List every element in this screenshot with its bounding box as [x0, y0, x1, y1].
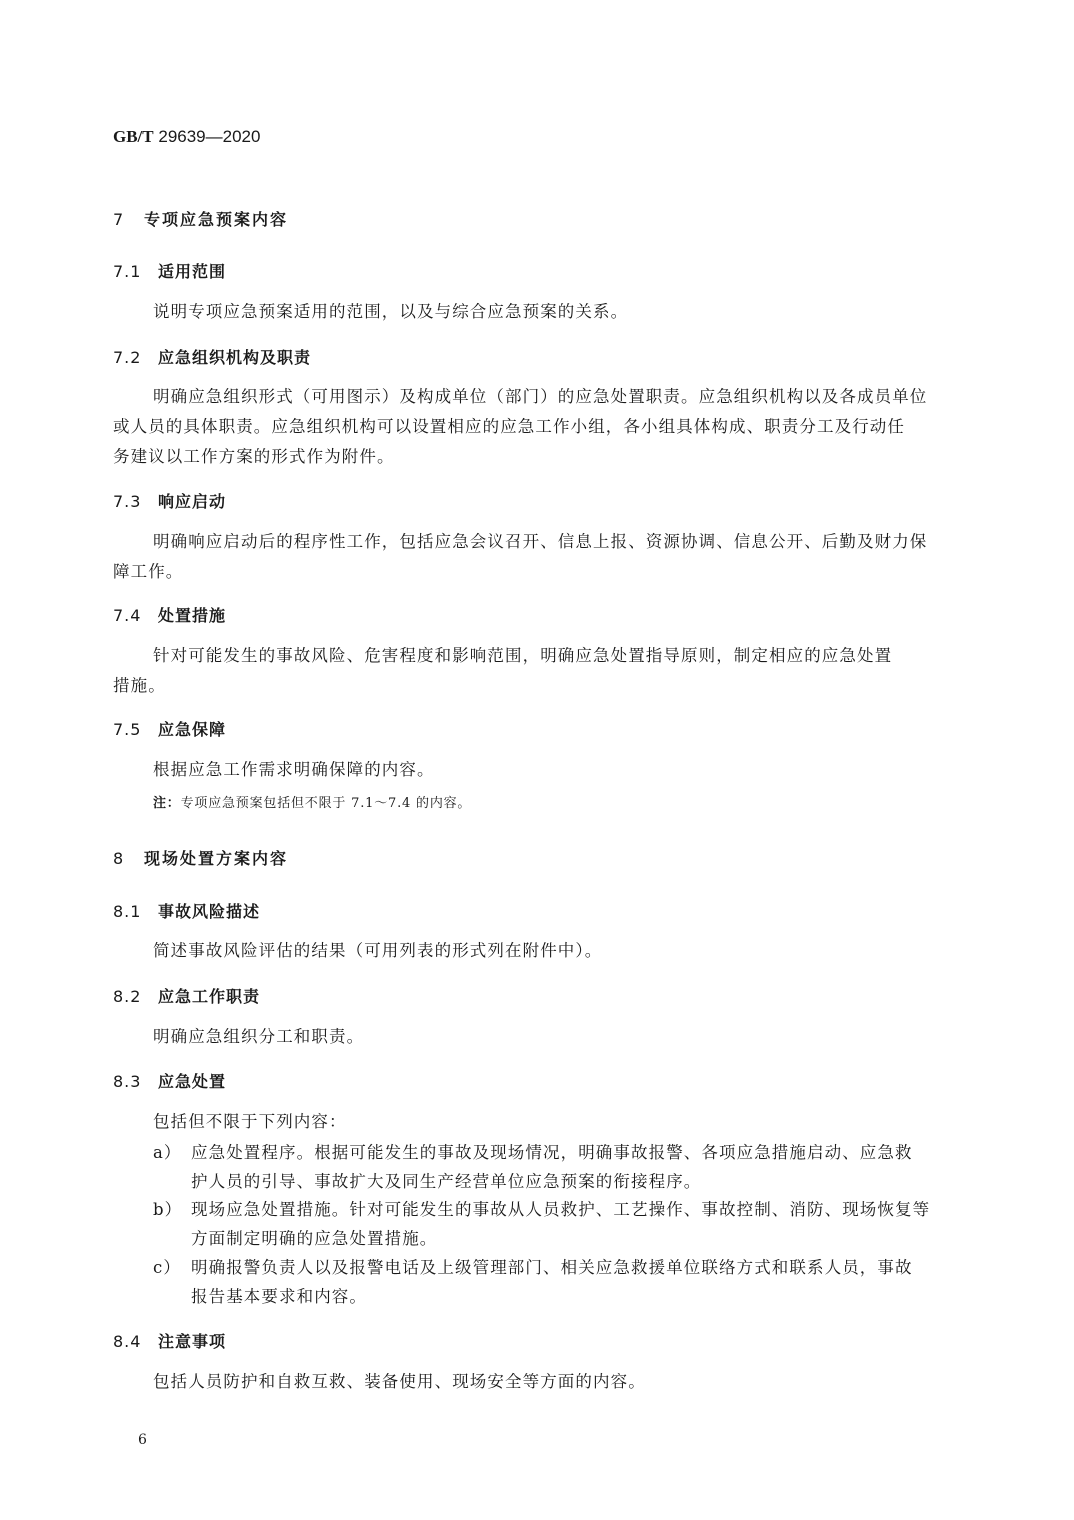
list-item-b: b） 现场应急处置措施。针对可能发生的事故从人员救护、工艺操作、事故控制、消防、…	[153, 1195, 953, 1255]
list-item-c: c） 明确报警负责人以及报警电话及上级管理部门、相关应急救援单位联络方式和联系人…	[153, 1253, 953, 1313]
list-item-a: a） 应急处置程序。根据可能发生的事故及现场情况，明确事故报警、各项应急措施启动…	[153, 1138, 953, 1198]
section-8-3-intro: 包括但不限于下列内容：	[153, 1107, 347, 1136]
standard-prefix: GB/T	[113, 127, 154, 146]
section-8-3-heading: 8.3应急处置	[113, 1069, 226, 1092]
section-7-5-body: 根据应急工作需求明确保障的内容。	[153, 755, 435, 784]
section-7-3-body-line: 障工作。	[113, 557, 183, 586]
section-7-heading: 7专项应急预案内容	[113, 207, 288, 230]
section-8-4-body: 包括人员防护和自救互救、装备使用、现场安全等方面的内容。	[153, 1367, 646, 1396]
section-8-1-heading: 8.1事故风险描述	[113, 899, 260, 922]
section-7-4-body-line: 针对可能发生的事故风险、危害程度和影响范围，明确应急处置指导原则，制定相应的应急…	[153, 641, 892, 670]
section-7-1-body: 说明专项应急预案适用的范围，以及与综合应急预案的关系。	[153, 297, 628, 326]
section-8-4-heading: 8.4注意事项	[113, 1329, 226, 1352]
section-7-2-body-line: 务建议以工作方案的形式作为附件。	[113, 442, 395, 471]
section-8-2-body: 明确应急组织分工和职责。	[153, 1022, 364, 1051]
section-7-5-note: 注：专项应急预案包括但不限于 7.1～7.4 的内容。	[153, 792, 471, 811]
section-7-4-heading: 7.4处置措施	[113, 603, 226, 626]
section-8-2-heading: 8.2应急工作职责	[113, 984, 260, 1007]
page-number: 6	[138, 1432, 147, 1448]
standard-number: 29639—2020	[158, 127, 260, 146]
section-7-2-heading: 7.2应急组织机构及职责	[113, 345, 311, 368]
section-8-heading: 8现场处置方案内容	[113, 846, 288, 869]
section-7-2-body-line: 或人员的具体职责。应急组织机构可以设置相应的应急工作小组，各小组具体构成、职责分…	[113, 412, 905, 441]
section-7-2-body-line: 明确应急组织形式（可用图示）及构成单位（部门）的应急处置职责。应急组织机构以及各…	[153, 382, 927, 411]
section-8-1-body: 简述事故风险评估的结果（可用列表的形式列在附件中）。	[153, 936, 602, 965]
section-title: 专项应急预案内容	[144, 210, 288, 229]
standard-code: GB/T 29639—2020	[113, 127, 260, 147]
section-7-3-body-line: 明确响应启动后的程序性工作，包括应急会议召开、信息上报、资源协调、信息公开、后勤…	[153, 527, 927, 556]
section-7-1-heading: 7.1适用范围	[113, 259, 226, 282]
section-7-4-body-line: 措施。	[113, 671, 166, 700]
section-7-3-heading: 7.3响应启动	[113, 489, 226, 512]
section-7-5-heading: 7.5应急保障	[113, 717, 226, 740]
